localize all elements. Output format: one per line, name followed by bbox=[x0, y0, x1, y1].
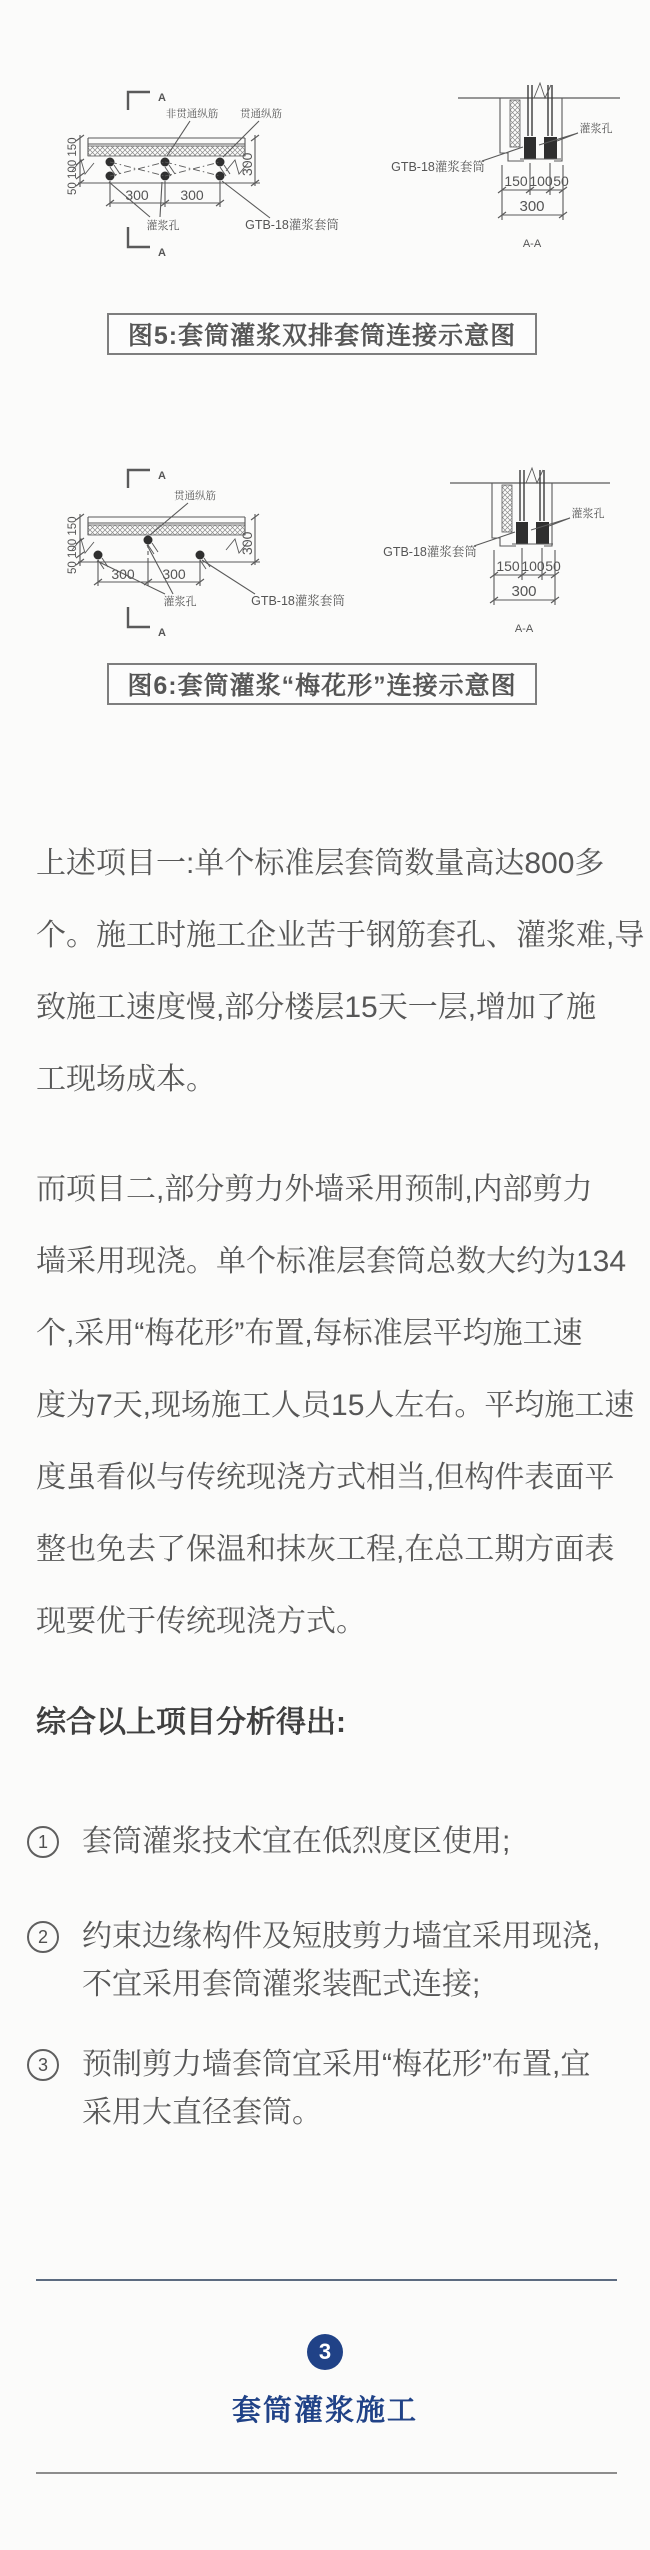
section-view-name: A-A bbox=[523, 238, 542, 250]
section-number: 3 bbox=[319, 2339, 331, 2365]
conclusion-item-3-line: 预制剪力墙套筒宜采用“梅花形”布置,宜 bbox=[82, 2041, 627, 2089]
paragraph-1-line: 上述项目一:单个标准层套筒数量高达800多 bbox=[36, 828, 631, 900]
paragraph-2-line: 现要优于传统现浇方式。 bbox=[36, 1586, 631, 1658]
paragraph-2-line: 墙采用现浇。单个标准层套筒总数大约为134 bbox=[36, 1226, 631, 1298]
fig6-plan-view: A A bbox=[67, 470, 345, 639]
section-view-name: A-A bbox=[515, 623, 534, 635]
dim-50: 50 bbox=[545, 558, 561, 574]
list-number-3: 3 bbox=[27, 2049, 59, 2081]
article-page: A A bbox=[0, 0, 650, 2550]
sleeve-dots bbox=[94, 536, 205, 560]
insulation-hatch-strip bbox=[502, 485, 512, 532]
paragraph-1: 上述项目一:单个标准层套筒数量高达800多 个。施工时施工企业苦于钢筋套孔、灌浆… bbox=[36, 828, 631, 1116]
section-letter-bottom: A bbox=[158, 247, 166, 259]
insulation-hatch-strip bbox=[510, 100, 520, 147]
through-bar-label: 贯通纵筋 bbox=[174, 489, 216, 502]
conclusion-item-2: 2 约束边缘构件及短肢剪力墙宜采用现浇, 不宜采用套筒灌浆装配式连接; bbox=[27, 1913, 627, 2009]
vertical-rebars bbox=[520, 470, 544, 521]
dim-bottom-text-1: 300 bbox=[125, 187, 149, 203]
grout-sleeves bbox=[516, 522, 549, 544]
section-cut-mark-top bbox=[128, 92, 150, 110]
leader-sleeve bbox=[474, 532, 515, 546]
conclusion-item-2-line: 不宜采用套筒灌浆装配式连接; bbox=[82, 1961, 627, 2009]
section-cut-mark-bottom bbox=[128, 607, 150, 627]
paragraph-2-line: 个,采用“梅花形”布置,每标准层平均施工速 bbox=[36, 1298, 631, 1370]
figure5-caption: 图5:套筒灌浆双排套筒连接示意图 bbox=[107, 313, 537, 355]
paragraph-2: 而项目二,部分剪力外墙采用预制,内部剪力 墙采用现浇。单个标准层套筒总数大约为1… bbox=[36, 1154, 631, 1658]
fig6-section-view: 灌浆孔 GTB-18灌浆套筒 150 100 50 300 A-A bbox=[383, 468, 610, 635]
section-cut-mark-top bbox=[128, 470, 150, 488]
insulation-hatch-strip bbox=[88, 525, 245, 535]
paragraph-2-line: 整也免去了保温和抹灰工程,在总工期方面表 bbox=[36, 1514, 631, 1586]
section-divider-top bbox=[36, 2279, 617, 2281]
grout-hole-label: 灌浆孔 bbox=[580, 121, 613, 135]
dim-right-text: 300 bbox=[239, 531, 255, 555]
conclusion-item-1-line: 套筒灌浆技术宜在低烈度区使用; bbox=[82, 1818, 627, 1866]
leader-sleeve bbox=[202, 560, 255, 594]
paragraph-1-line: 致施工速度慢,部分楼层15天一层,增加了施 bbox=[36, 972, 631, 1044]
dim-left-text: 50 100 150 bbox=[67, 137, 79, 195]
fig5-section-view: 灌浆孔 GTB-18灌浆套筒 150 100 50 300 A-A bbox=[391, 83, 620, 250]
insulation-hatch-strip bbox=[88, 146, 245, 156]
figure6-drawing: A A bbox=[30, 455, 650, 655]
grout-hole-label: 灌浆孔 bbox=[147, 218, 180, 232]
grout-hole-label: 灌浆孔 bbox=[164, 594, 197, 608]
dim-150: 150 bbox=[504, 173, 528, 189]
section-divider-bottom bbox=[36, 2472, 617, 2474]
section-letter-top: A bbox=[158, 470, 166, 482]
figure6-caption-text: 图6:套筒灌浆“梅花形”连接示意图 bbox=[127, 666, 516, 702]
conclusion-item-2-line: 约束边缘构件及短肢剪力墙宜采用现浇, bbox=[82, 1913, 627, 1961]
dim-left-text: 50 100 150 bbox=[67, 516, 79, 574]
conclusion-item-1: 1 套筒灌浆技术宜在低烈度区使用; bbox=[27, 1818, 627, 1866]
dim-150: 150 bbox=[496, 558, 520, 574]
dim-300: 300 bbox=[511, 583, 536, 600]
dim-100: 100 bbox=[529, 173, 553, 189]
paragraph-1-line: 个。施工时施工企业苦于钢筋套孔、灌浆难,导 bbox=[36, 900, 631, 972]
dim-100: 100 bbox=[521, 558, 545, 574]
vertical-rebars bbox=[528, 85, 552, 136]
dim-right-text: 300 bbox=[239, 152, 255, 176]
figure5-caption-text: 图5:套筒灌浆双排套筒连接示意图 bbox=[128, 316, 516, 352]
section-letter-bottom: A bbox=[158, 627, 166, 639]
sleeve-label: GTB-18灌浆套筒 bbox=[245, 217, 339, 232]
paragraph-2-line: 度虽看似与传统现浇方式相当,但构件表面平 bbox=[36, 1442, 631, 1514]
section-number-badge: 3 bbox=[307, 2334, 343, 2370]
sleeve-label: GTB-18灌浆套筒 bbox=[391, 159, 485, 174]
figure6-caption: 图6:套筒灌浆“梅花形”连接示意图 bbox=[107, 663, 537, 705]
conclusion-heading: 综合以上项目分析得出: bbox=[36, 1687, 631, 1759]
dim-50: 50 bbox=[553, 173, 569, 189]
conclusion-item-3: 3 预制剪力墙套筒宜采用“梅花形”布置,宜 采用大直径套筒。 bbox=[27, 2041, 627, 2137]
sleeve-label: GTB-18灌浆套筒 bbox=[251, 593, 345, 608]
list-number-2: 2 bbox=[27, 1921, 59, 1953]
paragraph-2-line: 而项目二,部分剪力外墙采用预制,内部剪力 bbox=[36, 1154, 631, 1226]
leader-sleeve bbox=[482, 147, 523, 161]
figure5-drawing: A A bbox=[30, 35, 650, 275]
leader-sleeve bbox=[222, 181, 270, 218]
paragraph-1-line: 工现场成本。 bbox=[36, 1044, 631, 1116]
section-letter-top: A bbox=[158, 92, 166, 104]
paragraph-2-line: 度为7天,现场施工人员15人左右。平均施工速 bbox=[36, 1370, 631, 1442]
conclusion-item-3-line: 采用大直径套筒。 bbox=[82, 2089, 627, 2137]
sleeve-label: GTB-18灌浆套筒 bbox=[383, 544, 477, 559]
fig5-plan-view: A A bbox=[67, 92, 339, 259]
section-title: 套筒灌浆施工 bbox=[0, 2388, 650, 2429]
sleeve-dots bbox=[106, 158, 225, 181]
non-through-bar-label: 非贯通纵筋 bbox=[166, 107, 219, 120]
dim-bottom-text-2: 300 bbox=[180, 187, 204, 203]
grout-sleeves bbox=[524, 137, 557, 159]
through-bar-label: 贯通纵筋 bbox=[240, 107, 282, 120]
grout-hole-label: 灌浆孔 bbox=[572, 506, 605, 520]
list-number-1: 1 bbox=[27, 1826, 59, 1858]
dim-300: 300 bbox=[519, 198, 544, 215]
